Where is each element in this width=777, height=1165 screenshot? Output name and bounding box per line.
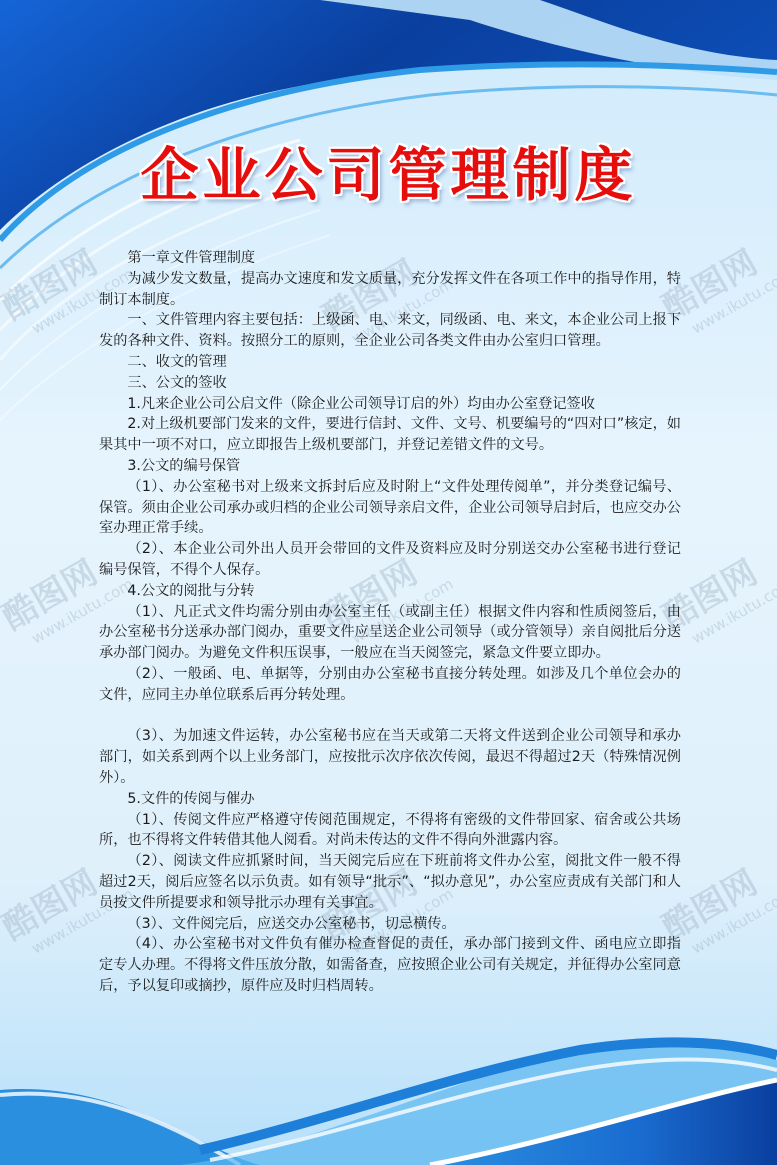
paragraph: （1）、凡正式文件均需分别由办公室主任（或副主任）根据文件内容和性质阅签后，由办… [99, 602, 681, 664]
section-heading: 3.公文的编号保管 [99, 456, 681, 477]
paragraph: 一、文件管理内容主要包括：上级函、电、来文，同级函、电、来文，本企业公司上报下发… [99, 310, 681, 352]
paragraph: （2）、阅读文件应抓紧时间，当天阅完后应在下班前将文件办公室，阅批文件一般不得超… [99, 851, 681, 913]
chapter-heading: 第一章文件管理制度 [99, 248, 681, 269]
paragraph: （3）、为加速文件运转，办公室秘书应在当天或第二天将文件送到企业公司领导和承办部… [99, 726, 681, 788]
section-heading: 4.公文的阅批与分转 [99, 581, 681, 602]
section-heading: 二、收文的管理 [99, 352, 681, 373]
paragraph: 为减少发文数量，提高办文速度和发文质量，充分发挥文件在各项工作中的指导作用，特制… [99, 269, 681, 311]
section-heading: 三、公文的签收 [99, 373, 681, 394]
paragraph: （2）、本企业公司外出人员开会带回的文件及资料应及时分别送交办公室秘书进行登记编… [99, 539, 681, 581]
paragraph: 2.对上级机要部门发来的文件，要进行信封、文件、文号、机要编号的“四对口”核定，… [99, 414, 681, 456]
paragraph: 1.凡来企业公司公启文件（除企业公司领导订启的外）均由办公室登记签收 [99, 394, 681, 415]
paragraph: （3）、文件阅完后，应送交办公室秘书，切忌横传。 [99, 914, 681, 935]
paragraph: （1）、办公室秘书对上级来文拆封后应及时附上“文件处理传阅单”，并分类登记编号、… [99, 477, 681, 539]
paragraph: （4）、办公室秘书对文件负有催办检查督促的责任，承办部门接到文件、函电应立即指定… [99, 934, 681, 996]
regulation-body: 第一章文件管理制度 为减少发文数量，提高办文速度和发文质量，充分发挥文件在各项工… [99, 248, 681, 997]
paragraph: （2）、一般函、电、单据等，分别由办公室秘书直接分转处理。如涉及几个单位会办的文… [99, 664, 681, 706]
paragraph: （1）、传阅文件应严格遵守传阅范围规定，不得将有密级的文件带回家、宿舍或公共场所… [99, 810, 681, 852]
poster-title: 企业公司管理制度 [0, 128, 777, 212]
section-heading: 5.文件的传阅与催办 [99, 789, 681, 810]
